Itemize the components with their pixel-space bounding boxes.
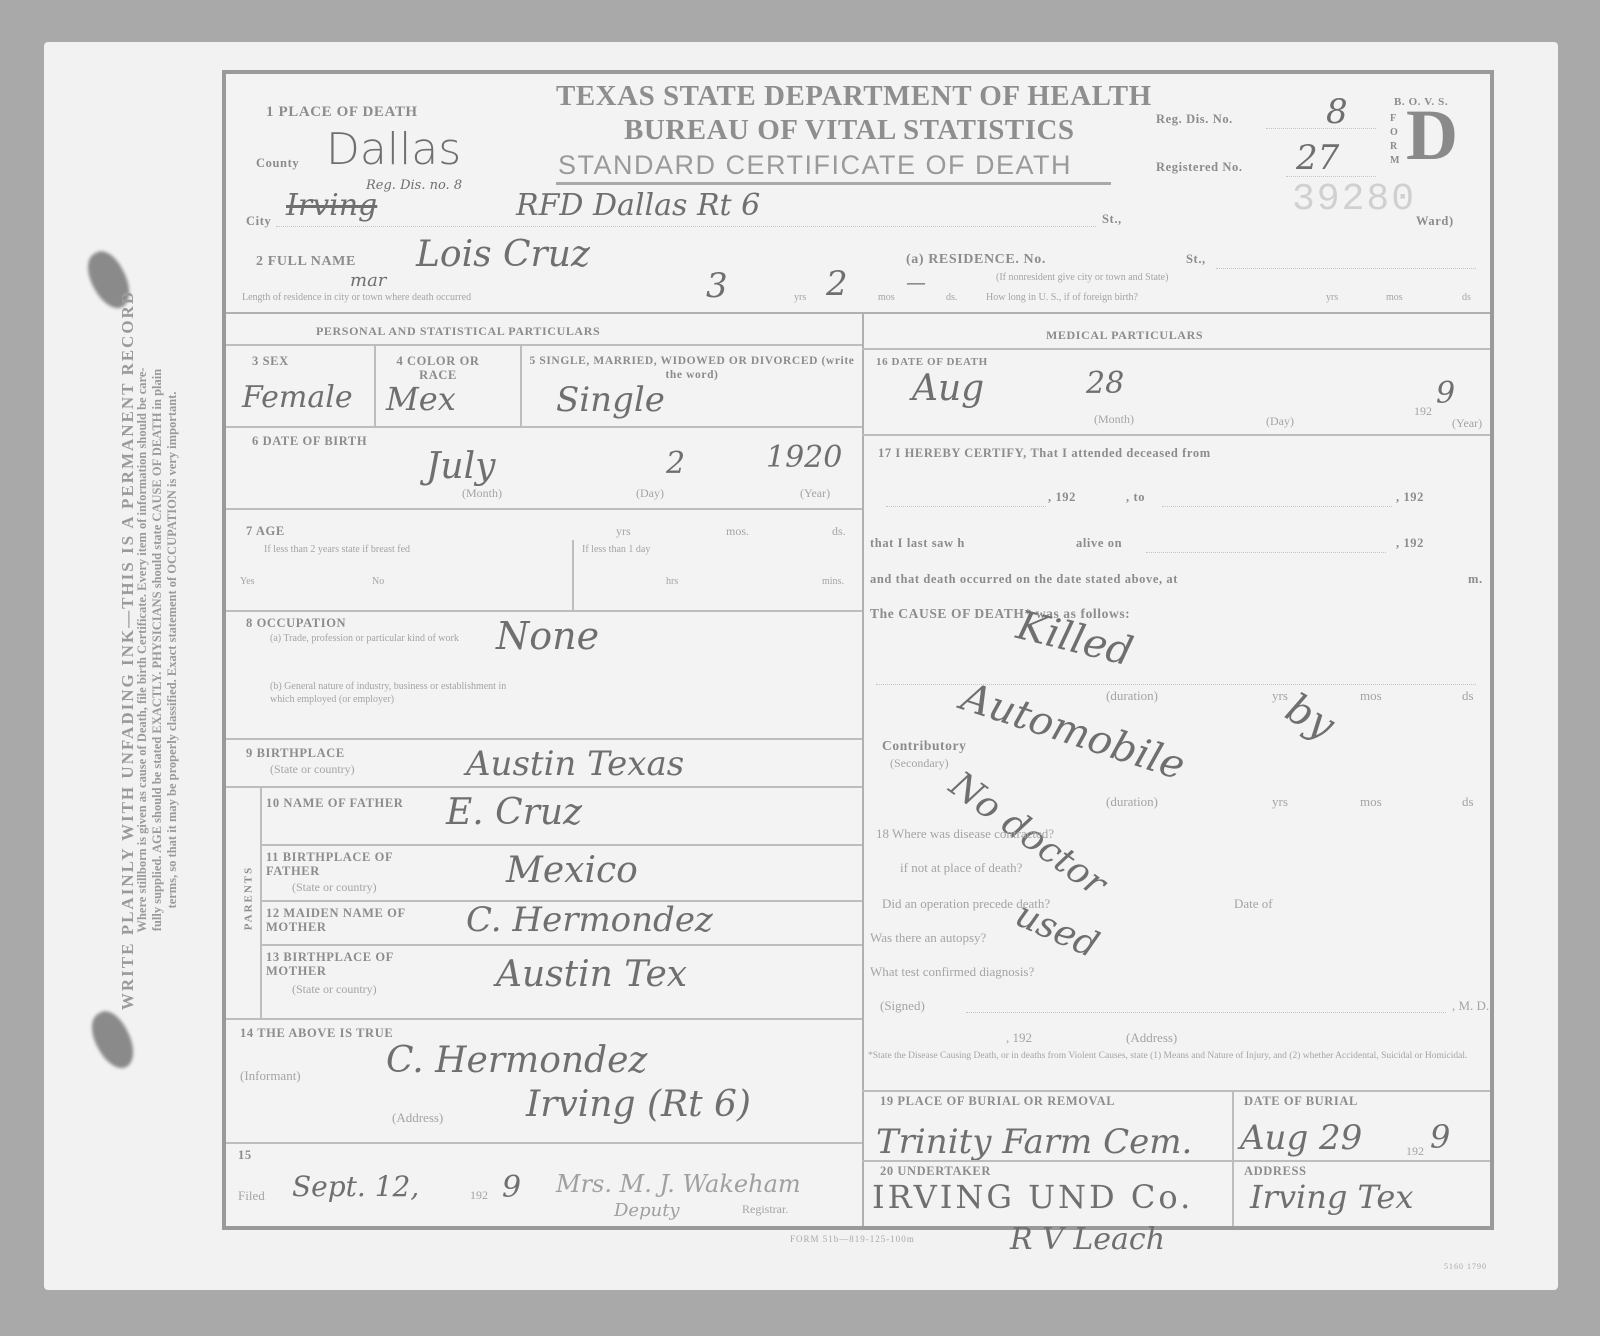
title-underline	[556, 182, 1111, 185]
death-time-m: m.	[1468, 572, 1483, 587]
where-contracted-label: 18 Where was disease contracted?	[876, 826, 1054, 842]
dod-year-label: (Year)	[1452, 416, 1482, 431]
dod-month-value: Aug	[912, 368, 984, 409]
divider	[226, 344, 862, 346]
divider	[1232, 1090, 1234, 1226]
age-note-breastfed: If less than 2 years state if breast fed	[264, 544, 410, 555]
bureau-title: BUREAU OF VITAL STATISTICS	[624, 114, 1075, 147]
residence-line	[1216, 268, 1476, 269]
if-not-place-label: if not at place of death?	[900, 860, 1022, 876]
sex-value: Female	[242, 380, 353, 415]
form-letter: D	[1406, 94, 1458, 177]
informant-address-label: (Address)	[392, 1110, 443, 1126]
medical-section-title: MEDICAL PARTICULARS	[1046, 328, 1203, 343]
sidebar-instructions: WRITE PLAINLY WITH UNFADING INK—THIS IS …	[120, 110, 180, 1190]
length-yrs-value: 3	[706, 266, 728, 306]
divider	[520, 344, 522, 426]
signed-label: (Signed)	[880, 998, 925, 1014]
duration-ds: ds	[1462, 688, 1474, 704]
divider	[226, 508, 862, 510]
informant-section-label: 14 THE ABOVE IS TRUE	[240, 1026, 393, 1041]
age-note-day: If less than 1 day	[582, 544, 650, 555]
alive-on-line	[1146, 552, 1386, 553]
filed-number: 15	[238, 1148, 252, 1163]
sidebar-main-line: WRITE PLAINLY WITH UNFADING INK—THIS IS …	[120, 110, 135, 1190]
certify-label: 17 I HEREBY CERTIFY, That I attended dec…	[878, 446, 1211, 461]
certify-to: , to	[1126, 490, 1145, 505]
undertaker-address-value: Irving Tex	[1250, 1178, 1413, 1216]
reg-dis-label: Reg. Dis. No.	[1156, 112, 1233, 127]
last-saw-label: that I last saw h	[870, 536, 965, 551]
duration-mos: mos	[1360, 688, 1382, 704]
sidebar-line: terms, so that it may be properly classi…	[165, 110, 180, 1190]
filed-year-prefix: 192	[470, 1188, 488, 1203]
divider	[226, 426, 862, 428]
deputy-signature: Deputy	[614, 1200, 680, 1221]
age-label: 7 AGE	[246, 524, 285, 539]
birthplace-value: Austin Texas	[466, 744, 684, 784]
full-name-label: 2 FULL NAME	[256, 254, 356, 270]
divider	[226, 738, 862, 740]
divider	[862, 348, 1490, 350]
length-of-residence-label: Length of residence in city or town wher…	[242, 292, 471, 303]
dod-label: 16 DATE OF DEATH	[876, 356, 988, 368]
signed-year: , 192	[1006, 1030, 1032, 1046]
divider	[862, 1090, 1490, 1092]
contributory-label: Contributory	[882, 738, 966, 754]
registered-value: 27	[1296, 138, 1339, 178]
father-birthplace-value: Mexico	[506, 850, 638, 891]
death-certificate-form: 1 PLACE OF DEATH TEXAS STATE DEPARTMENT …	[222, 70, 1494, 1230]
duration-ds-2: ds	[1462, 794, 1474, 810]
signed-line	[966, 1012, 1446, 1013]
father-birthplace-label: 11 BIRTHPLACE OF FATHER	[266, 850, 436, 878]
city-st-label: St.,	[1102, 212, 1122, 227]
us-mos-label: mos	[1386, 292, 1403, 303]
city-label: City	[246, 214, 271, 229]
footer-signature: R V Leach	[1010, 1222, 1165, 1257]
dod-day-label: (Day)	[1266, 414, 1294, 429]
undertaker-value: IRVING UND Co.	[872, 1178, 1193, 1216]
parents-vertical-label: PARENTS	[242, 866, 254, 931]
father-name-label: 10 NAME OF FATHER	[266, 796, 416, 810]
registered-label: Registered No.	[1156, 160, 1243, 175]
mother-birthplace-value: Austin Tex	[496, 954, 687, 995]
age-mins-label: mins.	[822, 576, 844, 587]
divider	[226, 1018, 862, 1020]
burial-place-label: 19 PLACE OF BURIAL OR REMOVAL	[880, 1094, 1130, 1108]
reg-dis-line	[1266, 128, 1376, 129]
city-line	[276, 226, 1096, 227]
city-value: RFD Dallas Rt 6	[516, 188, 760, 223]
operation-label: Did an operation precede death?	[882, 896, 1050, 912]
us-ds-label: ds	[1462, 292, 1471, 303]
dob-month-label: (Month)	[462, 486, 502, 501]
duration-yrs: yrs	[1272, 688, 1288, 704]
signed-address-label: (Address)	[1126, 1030, 1177, 1046]
divider	[862, 434, 1490, 436]
father-name-value: E. Cruz	[446, 792, 582, 833]
occupation-a-label: (a) Trade, profession or particular kind…	[270, 632, 470, 645]
length-ds-label: ds.	[946, 292, 957, 303]
length-note: mar	[350, 270, 386, 291]
informant-value: C. Hermondez	[386, 1040, 647, 1081]
age-hrs-label: hrs	[666, 576, 678, 587]
cause-footnote: *State the Disease Causing Death, or in …	[868, 1050, 1484, 1062]
form-title: STANDARD CERTIFICATE OF DEATH	[558, 150, 1072, 181]
sex-label: 3 SEX	[252, 354, 289, 369]
md-label: , M. D.	[1452, 998, 1489, 1014]
mother-birthplace-label: 13 BIRTHPLACE OF MOTHER	[266, 950, 436, 978]
operation-date-label: Date of	[1234, 896, 1273, 912]
length-ds-value: —	[906, 270, 926, 294]
us-residence-label: How long in U. S., if of foreign birth?	[986, 292, 1138, 303]
duration-yrs-2: yrs	[1272, 794, 1288, 810]
age-mos-label: mos.	[726, 524, 749, 539]
registrar-label: Registrar.	[742, 1202, 788, 1217]
duration-mos-2: mos	[1360, 794, 1382, 810]
certify-year-a: , 192	[1048, 490, 1076, 505]
secondary-label: (Secondary)	[890, 756, 949, 771]
marital-value: Single	[556, 380, 665, 420]
registrar-signature: Mrs. M. J. Wakeham	[556, 1170, 801, 1198]
occupation-b-label: (b) General nature of industry, business…	[270, 680, 530, 706]
divider	[260, 786, 262, 1018]
filed-date-value: Sept. 12,	[292, 1170, 419, 1203]
divider	[226, 610, 862, 612]
age-ds-label: ds.	[832, 524, 846, 539]
certify-year-b: , 192	[1396, 490, 1424, 505]
burial-date-label: DATE OF BURIAL	[1244, 1094, 1358, 1109]
form-vertical-label: FORM	[1390, 112, 1400, 168]
residence-label: (a) RESIDENCE. No.	[906, 252, 1046, 268]
ward-label: Ward)	[1416, 214, 1454, 229]
dob-year-value: 1920	[766, 440, 842, 475]
column-divider	[862, 312, 864, 1226]
serial-stamp: 39280	[1292, 178, 1416, 221]
agency-title: TEXAS STATE DEPARTMENT OF HEALTH	[556, 80, 1152, 113]
dob-year-label: (Year)	[800, 486, 830, 501]
county-label: County	[256, 156, 299, 171]
dob-label: 6 DATE OF BIRTH	[252, 434, 367, 449]
length-yrs-label: yrs	[794, 292, 806, 303]
us-yrs-label: yrs	[1326, 292, 1338, 303]
reg-dis-value: 8	[1326, 92, 1348, 132]
occupation-value: None	[496, 614, 599, 658]
dob-month-value: July	[426, 446, 495, 487]
test-label: What test confirmed diagnosis?	[870, 964, 1034, 980]
dod-year-suffix: 9	[1436, 376, 1455, 411]
race-label: 4 COLOR OR RACE	[378, 354, 498, 382]
personal-section-title: PERSONAL AND STATISTICAL PARTICULARS	[316, 324, 600, 339]
dob-day-label: (Day)	[636, 486, 664, 501]
divider	[374, 344, 376, 426]
divider	[226, 312, 1490, 314]
residence-note: (If nonresident give city or town and St…	[996, 272, 1168, 283]
certify-to-line	[1162, 506, 1392, 507]
marital-label: 5 SINGLE, MARRIED, WIDOWED OR DIVORCED (…	[524, 354, 860, 382]
corner-mark: 5160 1790	[1444, 1262, 1487, 1271]
mother-name-label: 12 MAIDEN NAME OF MOTHER	[266, 906, 456, 934]
alive-on-label: alive on	[1076, 536, 1122, 551]
length-mos-value: 2	[826, 264, 848, 304]
dod-month-label: (Month)	[1094, 412, 1134, 427]
mother-birthplace-sub: (State or country)	[292, 982, 377, 997]
dob-day-value: 2	[666, 446, 685, 481]
age-yrs-label: yrs	[616, 524, 631, 539]
sidebar-line: fully supplied. AGE should be stated EXA…	[150, 110, 165, 1190]
filed-year-suffix: 9	[502, 1170, 521, 1205]
residence-st-label: St.,	[1186, 252, 1206, 267]
duration-label-2: (duration)	[1106, 794, 1158, 810]
place-of-death-label: 1 PLACE OF DEATH	[266, 104, 418, 121]
full-name-value: Lois Cruz	[416, 234, 590, 275]
divider	[226, 786, 862, 788]
divider	[572, 540, 574, 610]
city-struck-value: Irving	[286, 188, 377, 223]
death-occurred-label: and that death occurred on the date stat…	[870, 572, 1178, 587]
informant-label: (Informant)	[240, 1068, 301, 1084]
duration-label: (duration)	[1106, 688, 1158, 704]
form-number: FORM 51b—819-125-100m	[790, 1234, 915, 1244]
burial-date-value: Aug 29	[1240, 1118, 1362, 1158]
undertaker-address-label: ADDRESS	[1244, 1164, 1307, 1179]
father-birthplace-sub: (State or country)	[292, 880, 377, 895]
burial-year-suffix: 9	[1430, 1118, 1450, 1156]
dod-day-value: 28	[1086, 366, 1124, 401]
divider	[260, 844, 862, 846]
burial-year-prefix: 192	[1406, 1144, 1424, 1159]
filed-label: Filed	[238, 1188, 265, 1204]
burial-place-value: Trinity Farm Cem.	[876, 1122, 1192, 1162]
age-no-label: No	[372, 576, 384, 587]
length-mos-label: mos	[878, 292, 895, 303]
certify-from-line	[886, 506, 1046, 507]
age-yes-label: Yes	[240, 576, 255, 587]
divider	[226, 1142, 862, 1144]
county-value: Dallas	[326, 124, 461, 175]
alive-year: , 192	[1396, 536, 1424, 551]
informant-address-value: Irving (Rt 6)	[526, 1084, 751, 1125]
divider	[260, 944, 862, 946]
sidebar-line: Where stillborn is given as cause of Dea…	[135, 110, 150, 1190]
birthplace-sub-label: (State or country)	[270, 762, 355, 777]
mother-name-value: C. Hermondez	[466, 900, 713, 940]
divider	[862, 1160, 1490, 1162]
dod-year-prefix: 192	[1414, 404, 1432, 419]
reg-dis-note: Reg. Dis. no. 8	[366, 178, 462, 193]
occupation-label: 8 OCCUPATION	[246, 616, 346, 631]
race-value: Mex	[386, 380, 456, 418]
undertaker-label: 20 UNDERTAKER	[880, 1164, 991, 1179]
autopsy-label: Was there an autopsy?	[870, 930, 986, 946]
birthplace-label: 9 BIRTHPLACE	[246, 746, 345, 761]
